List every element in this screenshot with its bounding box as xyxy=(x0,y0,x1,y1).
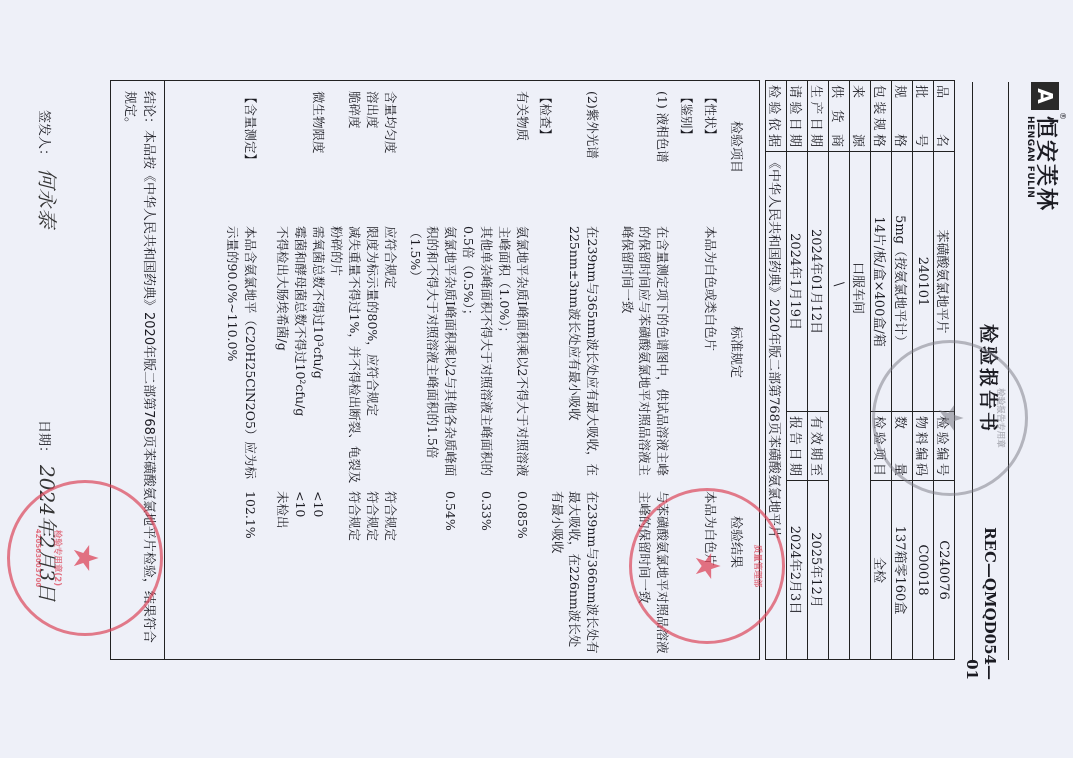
production-date: 2024年01月12日 xyxy=(808,152,829,412)
date-handwritten: 2024年2月3日 xyxy=(35,465,59,601)
row-standard: 在含量测定项下的色谱图中，供试品溶液主峰的保留时间应与苯磺酸氨氯地平对照品溶液主… xyxy=(619,226,672,488)
row-result: 在239nm与366nm波长处有最大吸收，在226nm波长处有最小吸收 xyxy=(549,491,602,656)
quantity-label: 数量 xyxy=(892,412,913,481)
row-result: 与苯磺酸氨氯地平对照品溶液主峰的保留时间一致 xyxy=(636,491,671,656)
row-standard: 本品含氨氯地平（C20H25ClN2O5）应为标示量的90.0%~110.0% xyxy=(224,226,259,488)
row-item: 微生物限度 xyxy=(310,91,328,226)
row-item: 【鉴别】 xyxy=(678,91,696,226)
signer-signature: 何永泰 xyxy=(35,168,59,228)
row-item: 有关物质 xyxy=(514,91,532,226)
inspection-no: C240076 xyxy=(934,481,955,660)
results-table: 检验项目 标准规定 检验结果 【性状】本品为白色或类白色片本品为白色片【鉴别】(… xyxy=(110,80,760,660)
row-result: 102.1% xyxy=(242,491,260,656)
expiry-label: 有效期至 xyxy=(808,412,829,481)
row-item: 含量均匀度 xyxy=(382,91,400,226)
material-code-label: 物料编码 xyxy=(913,412,934,481)
row-result: 0.085% xyxy=(514,491,532,656)
test-scope-label: 检验项目 xyxy=(871,412,892,481)
row-item: 【性状】 xyxy=(702,91,720,226)
product-name-label: 品名 xyxy=(934,81,955,152)
col-header-standard: 标准规定 xyxy=(728,326,747,378)
row-result: 符合规定 xyxy=(382,491,400,656)
row-result: 本品为白色片 xyxy=(702,491,720,656)
basis-label: 检验依据 xyxy=(766,81,787,152)
package-spec: 14片/板/盒×400盒/箱 xyxy=(871,152,892,412)
test-scope: 全检 xyxy=(871,481,892,660)
header-divider xyxy=(1008,82,1009,660)
expiry-date: 2025年12月 xyxy=(808,481,829,660)
record-code: REC—QMQD054—01 xyxy=(963,520,999,680)
row-standard: 氨氯地平杂质I峰面积乘以2与其他各杂质峰面积的和不得大于对照溶液主峰面积的1.5… xyxy=(407,226,460,488)
row-item: 【检查】 xyxy=(537,91,555,226)
row-result: 符合规定 xyxy=(346,491,364,656)
request-date-label: 请验日期 xyxy=(787,81,808,152)
row-standard: 其他单杂峰面积不得大于对照溶液主峰面积的0.5倍（0.5%）； xyxy=(460,226,495,488)
col-header-result: 检验结果 xyxy=(728,516,747,568)
row-standard: 不得检出大肠埃希菌/g xyxy=(274,226,292,488)
row-item: 脆碎度 xyxy=(346,91,364,226)
row-result: 0.33% xyxy=(478,491,496,656)
col-header-item: 检验项目 xyxy=(728,121,747,173)
company-logo-icon: A xyxy=(1031,82,1059,110)
inspection-no-label: 检验编号 xyxy=(934,412,955,481)
row-result: <10 xyxy=(292,491,310,656)
row-standard: 在239nm与365nm波长处应有最大吸收，在225nm±3nm波长处应有最小吸… xyxy=(566,226,601,488)
product-name: 苯磺酸氨氯地平片 xyxy=(934,152,955,412)
request-date: 2024年1月19日 xyxy=(787,152,808,412)
inspection-report-page: A ® 恒安芙林 HENGAN FULIN 检验报告书 REC—QMQD054—… xyxy=(0,0,1073,758)
row-item: (2)紫外光谱 xyxy=(584,91,602,226)
package-label: 包装规格 xyxy=(871,81,892,152)
row-standard: 霉菌和酵母菌总数不得过10²cfu/g xyxy=(292,226,310,488)
report-date-label: 报告日期 xyxy=(787,412,808,481)
row-standard: 应符合规定 xyxy=(382,226,400,488)
batch-label: 批号 xyxy=(913,81,934,152)
row-result: <10 xyxy=(310,491,328,656)
conclusion: 结论：本品按《中华人民共和国药典》2020年版二部第768页苯磺酸氨氯地平片检验… xyxy=(110,80,165,660)
spec-label: 规格 xyxy=(892,81,913,152)
title-divider xyxy=(972,82,973,660)
signer: 签发人：何永泰 xyxy=(34,110,63,228)
star-icon: ★ xyxy=(68,543,102,573)
row-item: 【含量测定】 xyxy=(242,91,260,226)
row-standard: 减失重量不得过1%，并不得检出断裂、龟裂及粉碎的片 xyxy=(328,226,363,488)
row-standard: 限度为标示量的80%，应符合规定 xyxy=(364,226,382,488)
supplier: \ xyxy=(829,152,850,660)
row-result: 未检出 xyxy=(274,491,292,656)
row-result: 符合规定 xyxy=(364,491,382,656)
supplier-label: 供货商 xyxy=(829,81,850,152)
report-date: 2024年2月3日 xyxy=(787,481,808,660)
source-label: 来源 xyxy=(850,81,871,152)
issue-date: 日期：2024年2月3日 xyxy=(34,420,63,601)
production-date-label: 生产日期 xyxy=(808,81,829,152)
row-standard: 需氧菌总数不得过10³cfu/g xyxy=(310,226,328,488)
row-standard: 本品为白色或类白色片 xyxy=(702,226,720,488)
row-item: 溶出度 xyxy=(364,91,382,226)
company-name-cn: 恒安芙林 xyxy=(1032,116,1063,212)
row-standard: 氨氯地平杂质I峰面积乘以2不得大于对照溶液主峰面积（1.0%）； xyxy=(496,226,531,488)
spec: 5mg（按氨氯地平计） xyxy=(892,152,913,412)
signer-label: 签发人： xyxy=(36,110,51,162)
date-label: 日期： xyxy=(36,420,51,459)
company-name-en: HENGAN FULIN xyxy=(1025,116,1035,198)
quantity: 137箱零160盒 xyxy=(892,481,913,660)
header-info-table: 品名 苯磺酸氨氯地平片 检验编号 C240076 批号 240101 物料编码 … xyxy=(765,80,955,660)
batch-no: 240101 xyxy=(913,152,934,412)
inspection-basis: 《中华人民共和国药典》2020年版二部第768页苯磺酸氨氯地平片 xyxy=(766,152,787,660)
source: 口服车间 xyxy=(850,152,871,660)
material-code: C00018 xyxy=(913,481,934,660)
row-item: (1) 液相色谱 xyxy=(654,91,672,226)
row-result: 0.54% xyxy=(442,491,460,656)
